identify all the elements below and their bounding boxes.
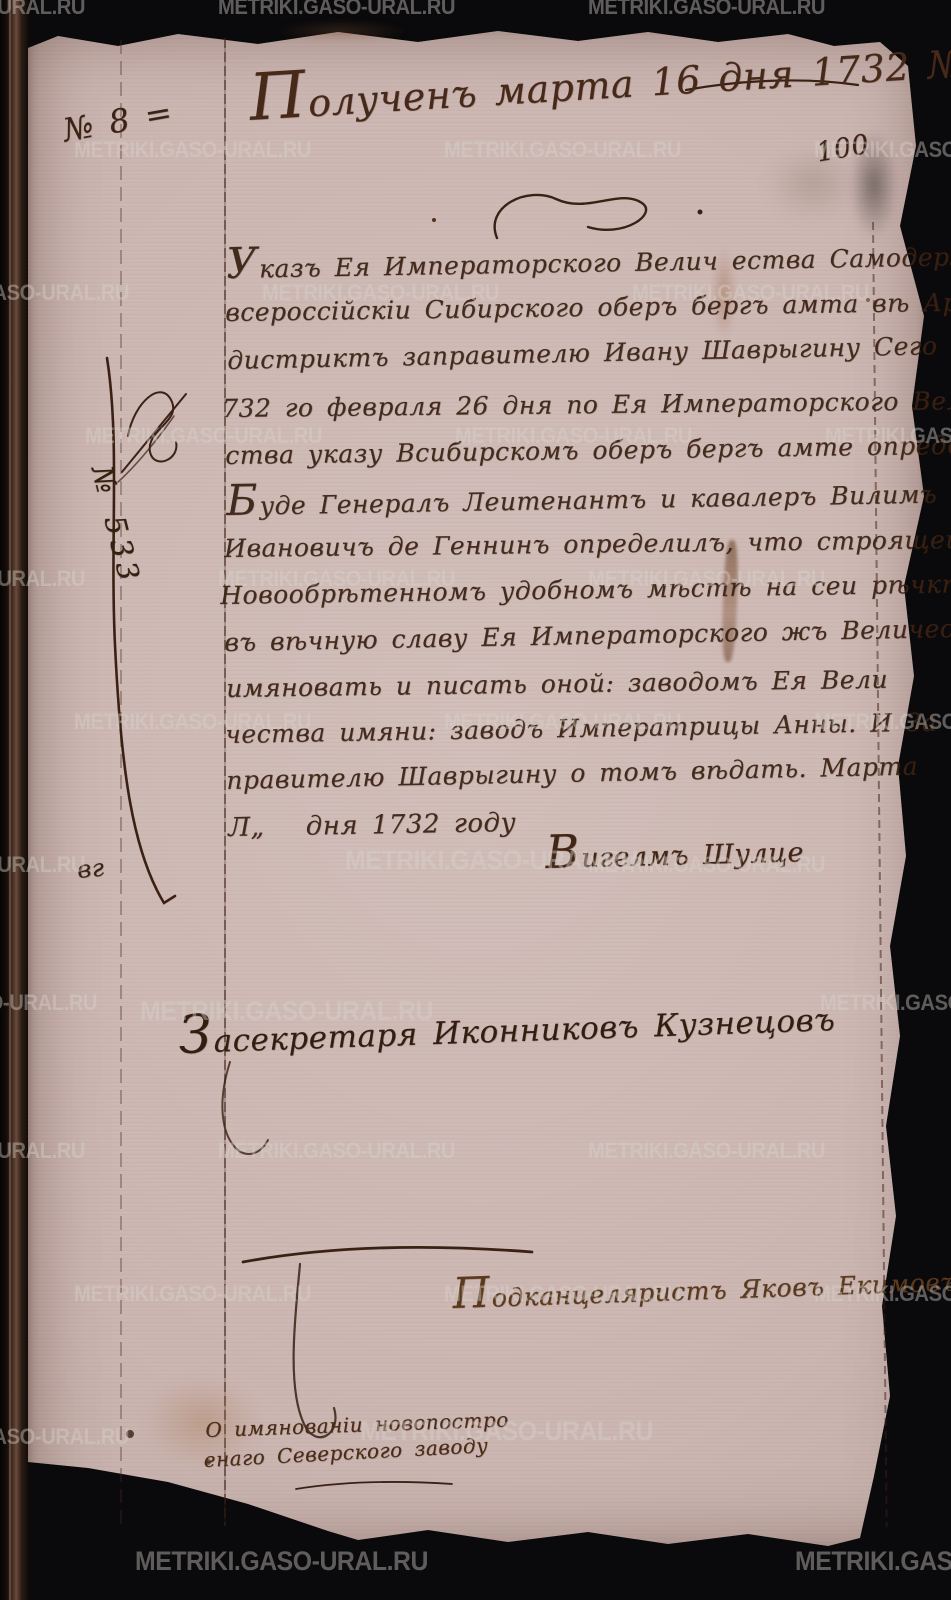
date-line: Л„ дня 1732 году xyxy=(228,808,516,843)
ink-stain xyxy=(274,20,409,42)
watermark-text: METRIKI.GASO-URAL.RU xyxy=(795,1546,951,1577)
watermark-text: METRIKI.GASO-URAL.RU xyxy=(218,0,455,20)
page-edge-highlight xyxy=(9,0,11,1600)
ruled-margin-line-far-left xyxy=(120,40,122,1530)
watermark-text: METRIKI.GASO-URAL.RU xyxy=(135,1546,428,1577)
watermark-text: METRIKI.GASO-URAL.RU xyxy=(588,0,825,20)
archive-photo: № 8 = Полученъ марта 16 дня 1732 № 100 №… xyxy=(0,0,951,1600)
margin-mark: вг xyxy=(76,854,105,884)
official-signature: Вигелмъ Шулце xyxy=(545,829,804,875)
book-spine-edge xyxy=(0,0,30,1600)
